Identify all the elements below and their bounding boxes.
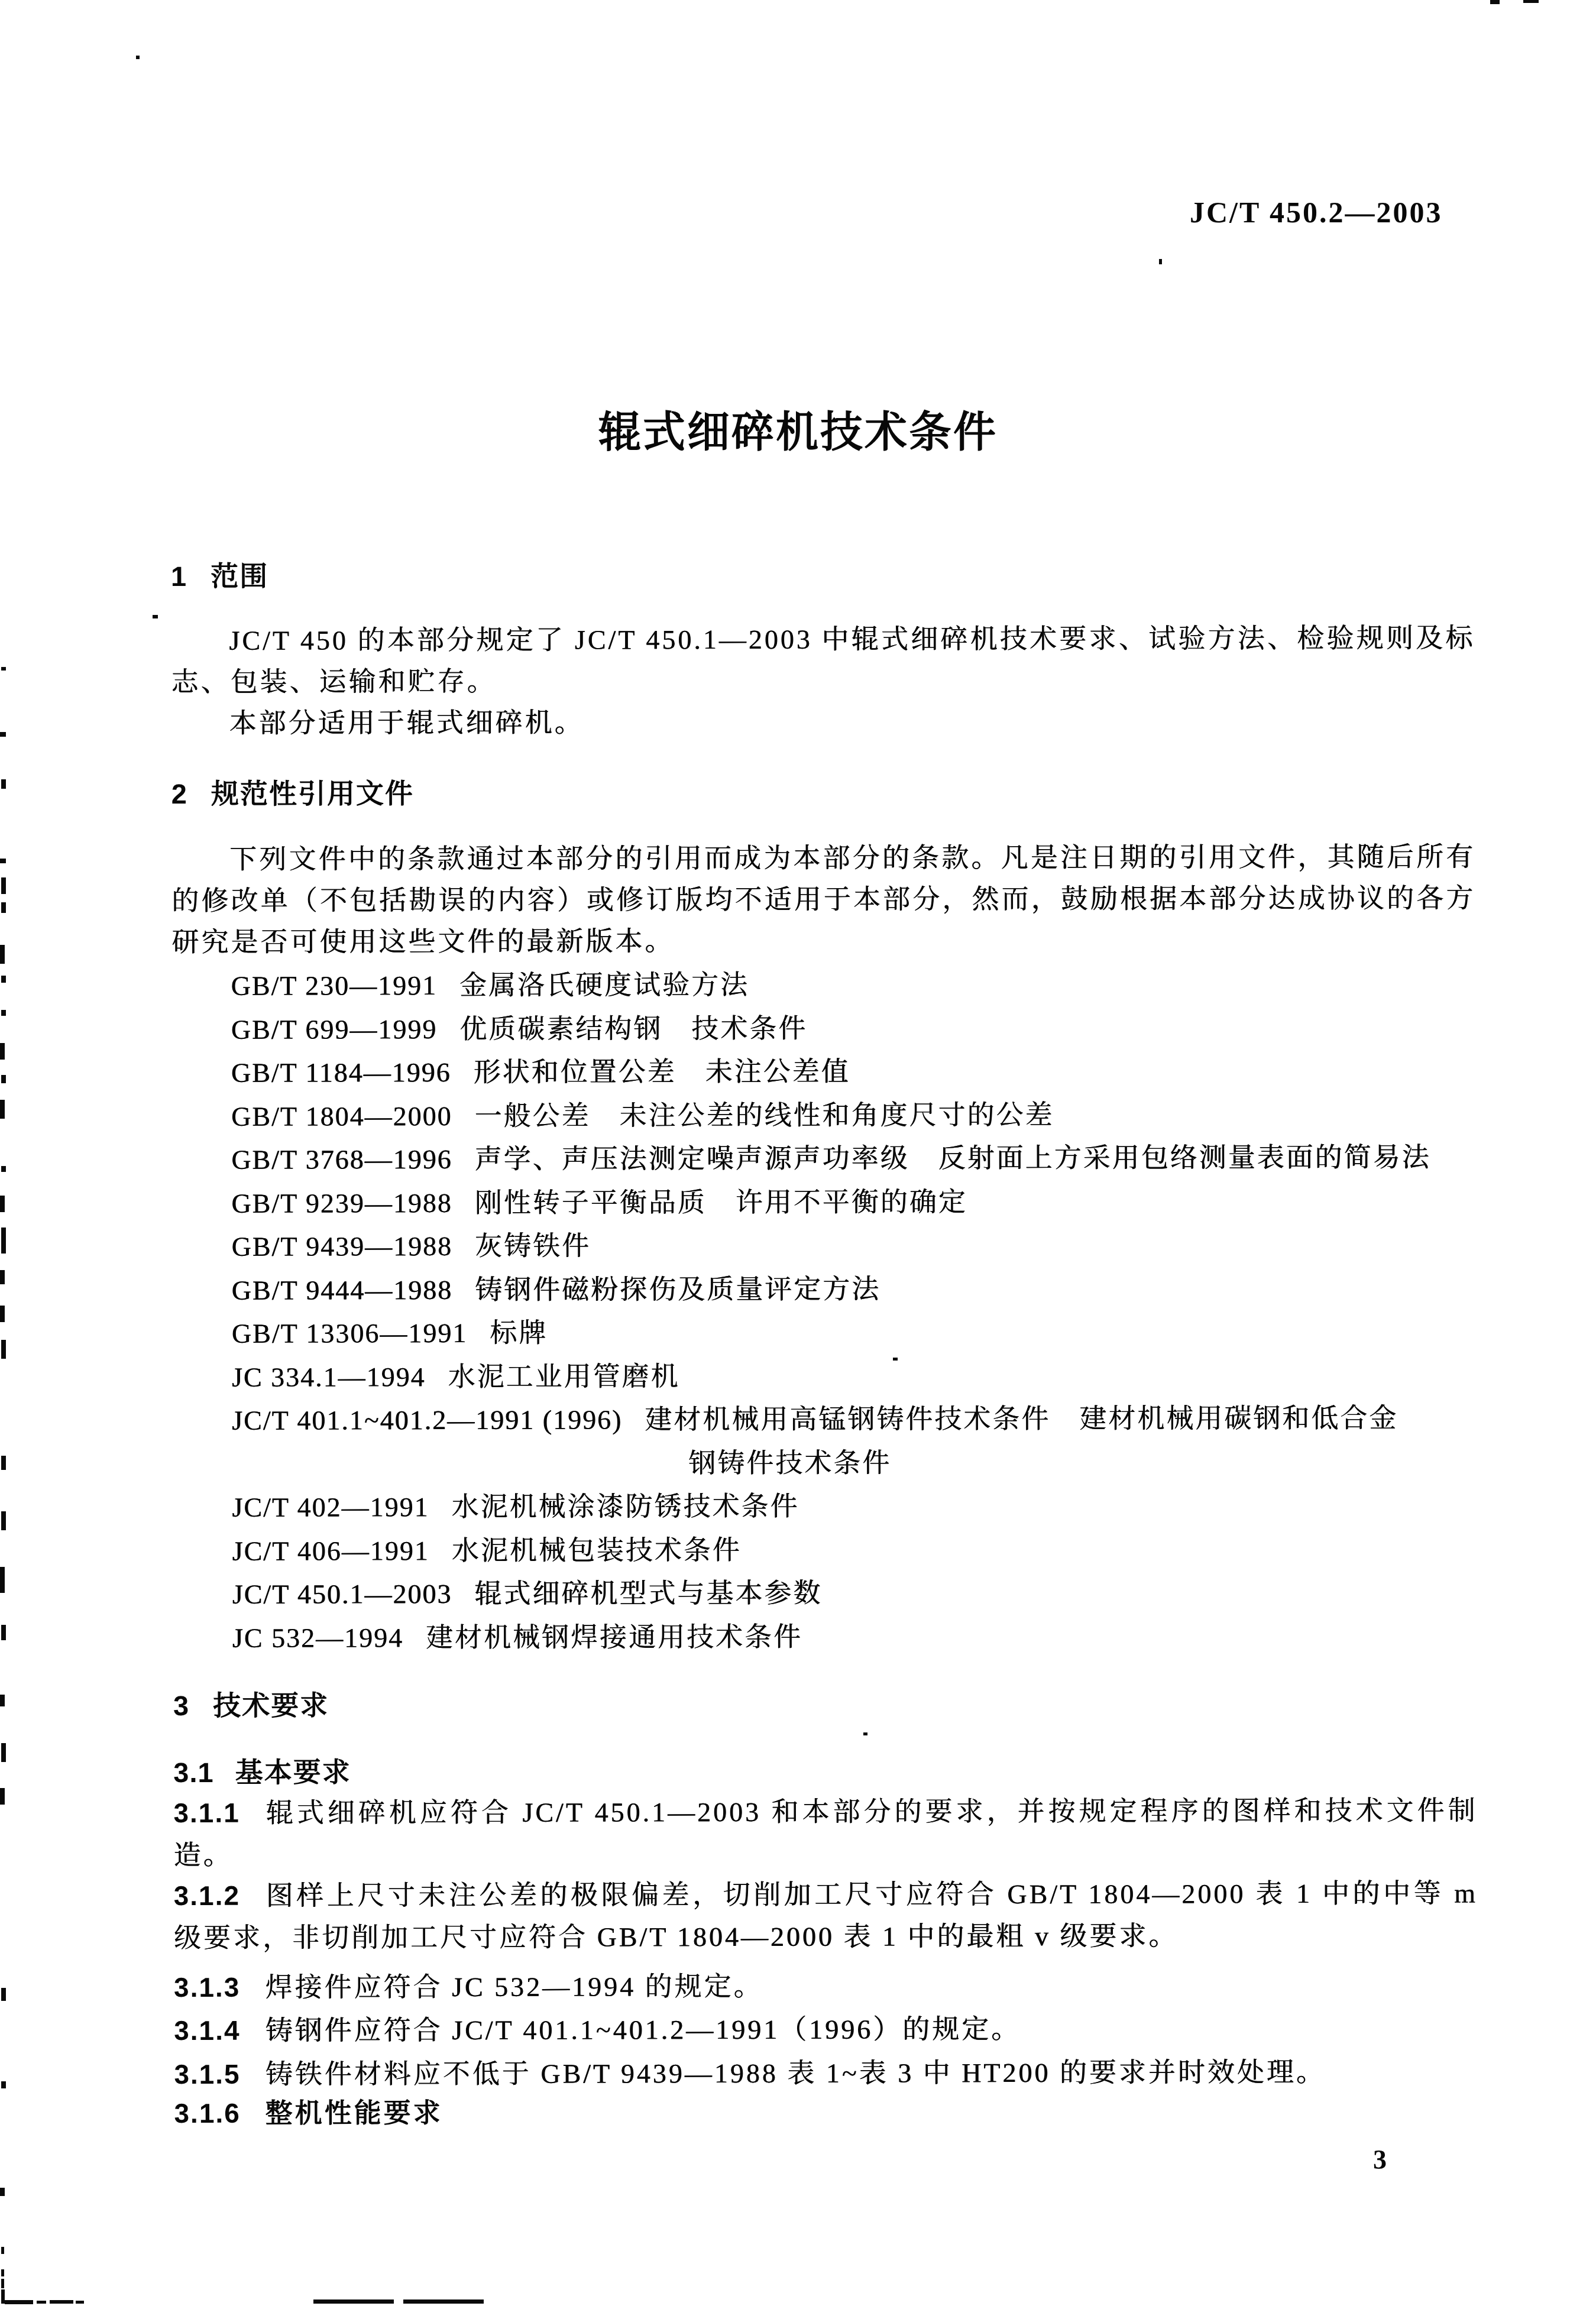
section-3-1-number: 3.1: [173, 1756, 213, 1789]
reference-title: 水泥机械包装技术条件: [452, 1534, 742, 1565]
reference-title: 优质碳素结构钢 技术条件: [459, 1013, 807, 1044]
reference-code: GB/T 1804—2000: [231, 1101, 452, 1132]
scan-artifact: [1523, 0, 1539, 3]
section-2-intro: 下列文件中的条款通过本部分的引用而成为本部分的条款。凡是注日期的引用文件，其随后…: [171, 836, 1475, 963]
reference-list: GB/T 230—1991金属洛氏硬度试验方法 GB/T 699—1999优质碳…: [171, 962, 1432, 1660]
reference-code: JC/T 401.1~401.2—1991 (1996): [232, 1404, 622, 1435]
reference-item: GB/T 9444—1988铸钢件磁粉探伤及质量评定方法: [231, 1266, 1431, 1312]
section-3-number: 3: [173, 1689, 189, 1722]
scan-artifact: [76, 2301, 84, 2304]
scan-artifact: [1, 779, 6, 789]
clause-3-1-5-text: 铸铁件材料应不低于 GB/T 9439—1988 表 1~表 3 中 HT200…: [266, 2057, 1326, 2090]
standard-code: JC/T 450.2—2003: [1190, 195, 1442, 229]
scan-artifact: [1, 1075, 6, 1083]
scan-artifact: [893, 1358, 898, 1361]
scan-artifact: [1159, 259, 1162, 264]
clause-3-1-2-text: 图样上尺寸未注公差的极限偏差，切削加工尺寸应符合 GB/T 1804—2000 …: [174, 1878, 1478, 1953]
reference-title: 水泥机械涂漆防锈技术条件: [451, 1491, 799, 1522]
scan-artifact: [1, 1166, 6, 1172]
scan-artifact: [5, 2300, 33, 2304]
clause-3-1-4-number: 3.1.4: [174, 2015, 240, 2046]
reference-item: GB/T 9239—1988刚性转子平衡品质 许用不平衡的确定: [231, 1179, 1431, 1225]
reference-title: 灰铸铁件: [475, 1231, 591, 1261]
section-2-title: 规范性引用文件: [211, 778, 414, 809]
clause-3-1-2: 3.1.2图样上尺寸未注公差的极限偏差，切削加工尺寸应符合 GB/T 1804—…: [174, 1872, 1478, 1959]
clause-3-1-3-number: 3.1.3: [174, 1972, 240, 2003]
scan-artifact: [1, 1743, 6, 1762]
scan-artifact: [1, 667, 6, 671]
document-page: JC/T 450.2—2003 辊式细碎机技术条件 1范围 JC/T 450 的…: [0, 0, 1596, 2306]
scan-artifact: [0, 1270, 5, 1284]
reference-title: 建材机械用高锰钢铸件技术条件 建材机械用碳钢和低合金: [645, 1403, 1398, 1435]
section-3-1-title: 基本要求: [235, 1756, 351, 1787]
scan-artifact: [1490, 0, 1500, 4]
clause-3-1-1-text: 辊式细碎机应符合 JC/T 450.1—2003 和本部分的要求，并按规定程序的…: [174, 1795, 1478, 1870]
reference-title: 金属洛氏硬度试验方法: [459, 970, 749, 1000]
reference-code: GB/T 699—1999: [231, 1014, 438, 1045]
scan-artifact: [1, 1010, 6, 1016]
scan-artifact: [0, 1788, 5, 1805]
scan-artifact: [1, 976, 6, 983]
clause-3-1-6-text: 整机性能要求: [266, 2097, 443, 2129]
scan-artifact: [1, 1988, 6, 2001]
section-1-heading: 1范围: [171, 555, 268, 594]
section-1-number: 1: [171, 560, 187, 592]
section-3-title: 技术要求: [213, 1689, 329, 1721]
section-2-heading: 2规范性引用文件: [171, 772, 414, 812]
scan-artifact: [1, 1340, 6, 1359]
section-2-number: 2: [171, 778, 187, 810]
reference-code: JC/T 450.1—2003: [232, 1579, 452, 1609]
reference-item: GB/T 9439—1988灰铸铁件: [231, 1223, 1431, 1269]
document-title: 辊式细碎机技术条件: [0, 397, 1596, 459]
reference-item: GB/T 13306—1991标牌: [232, 1310, 1432, 1356]
clause-3-1-5-number: 3.1.5: [174, 2059, 240, 2090]
reference-title: 声学、声压法测定噪声源声功率级 反射面上方采用包络测量表面的简易法: [475, 1142, 1431, 1174]
scan-artifact: [37, 2301, 46, 2304]
scan-artifact: [136, 56, 140, 59]
scan-artifact: [0, 2188, 5, 2196]
scan-artifact: [0, 859, 6, 863]
reference-item: GB/T 1184—1996形状和位置公差 未注公差值: [231, 1049, 1431, 1095]
reference-title-continuation: 钢铸件技术条件: [232, 1440, 1432, 1486]
reference-code: GB/T 230—1991: [231, 970, 437, 1001]
scan-artifact: [0, 1196, 5, 1212]
clause-3-1-6: 3.1.6整机性能要求: [174, 2090, 1478, 2135]
scan-artifact: [0, 945, 5, 964]
scan-artifact: [0, 1043, 5, 1060]
scan-artifact: [863, 1732, 867, 1735]
scan-artifact: [0, 1567, 5, 1593]
clause-3-1-3: 3.1.3焊接件应符合 JC 532—1994 的规定。: [174, 1964, 1478, 2009]
scan-artifact: [1, 902, 6, 913]
scan-artifact: [50, 2300, 73, 2304]
section-1-paragraph-2: 本部分适用于辊式细碎机。: [171, 700, 1475, 744]
scan-artifact: [1, 2081, 6, 2088]
reference-item: JC 532—1994建材机械钢焊接通用技术条件: [232, 1614, 1432, 1660]
reference-item: GB/T 699—1999优质碳素结构钢 技术条件: [231, 1005, 1431, 1051]
clause-3-1-3-text: 焊接件应符合 JC 532—1994 的规定。: [265, 1971, 763, 2003]
reference-code: JC 532—1994: [232, 1622, 403, 1653]
clause-3-1-1-number: 3.1.1: [173, 1797, 239, 1828]
reference-title: 一般公差 未注公差的线性和角度尺寸的公差: [474, 1099, 1054, 1131]
section-1-paragraph-1: JC/T 450 的本部分规定了 JC/T 450.1—2003 中辊式细碎机技…: [171, 617, 1475, 703]
reference-code: GB/T 3768—1996: [231, 1144, 452, 1175]
scan-artifact: [1, 2247, 4, 2254]
scan-artifact: [153, 615, 158, 618]
reference-title: 建材机械钢焊接通用技术条件: [426, 1621, 802, 1652]
scan-artifact: [0, 1100, 5, 1119]
clause-3-1-2-number: 3.1.2: [174, 1880, 240, 1911]
reference-item: GB/T 1804—2000一般公差 未注公差的线性和角度尺寸的公差: [231, 1092, 1431, 1138]
scan-artifact: [1, 1228, 6, 1254]
scan-artifact: [0, 1306, 5, 1322]
reference-code: GB/T 1184—1996: [231, 1057, 451, 1088]
scan-artifact: [0, 1695, 5, 1706]
scan-artifact: [1, 2279, 4, 2288]
reference-code: GB/T 9239—1988: [231, 1188, 452, 1219]
section-1-title: 范围: [211, 561, 268, 592]
reference-title: 标牌: [490, 1318, 548, 1348]
section-3-heading: 3技术要求: [173, 1683, 329, 1724]
reference-item: JC/T 406—1991水泥机械包装技术条件: [232, 1527, 1432, 1573]
reference-code: GB/T 13306—1991: [232, 1318, 468, 1349]
reference-item: JC 334.1—1994水泥工业用管磨机: [232, 1353, 1432, 1399]
reference-code: JC/T 406—1991: [232, 1536, 429, 1566]
scan-artifact: [313, 2299, 394, 2304]
clause-3-1-1: 3.1.1辊式细碎机应符合 JC/T 450.1—2003 和本部分的要求，并按…: [173, 1789, 1477, 1876]
page-number: 3: [1373, 2144, 1387, 2175]
scan-artifact: [1, 877, 6, 894]
clause-3-1-5: 3.1.5铸铁件材料应不低于 GB/T 9439—1988 表 1~表 3 中 …: [174, 2051, 1478, 2096]
section-3-1-heading: 3.1基本要求: [173, 1750, 351, 1790]
reference-code: JC/T 402—1991: [232, 1492, 429, 1523]
reference-title: 刚性转子平衡品质 许用不平衡的确定: [475, 1187, 967, 1218]
reference-item: JC/T 450.1—2003辊式细碎机型式与基本参数: [232, 1570, 1432, 1617]
scan-artifact: [0, 732, 6, 737]
reference-title: 辊式细碎机型式与基本参数: [474, 1578, 822, 1609]
scan-artifact: [403, 2299, 484, 2304]
scan-artifact: [1, 2269, 4, 2276]
reference-code: GB/T 9439—1988: [231, 1231, 452, 1262]
reference-item: GB/T 230—1991金属洛氏硬度试验方法: [231, 962, 1430, 1008]
reference-item: JC/T 401.1~401.2—1991 (1996)建材机械用高锰钢铸件技术…: [232, 1397, 1432, 1443]
scan-artifact: [1, 1511, 6, 1530]
reference-item: GB/T 3768—1996声学、声压法测定噪声源声功率级 反射面上方采用包络测…: [231, 1136, 1431, 1182]
reference-code: GB/T 9444—1988: [232, 1275, 453, 1306]
reference-item: JC/T 402—1991水泥机械涂漆防锈技术条件: [232, 1484, 1432, 1530]
scan-artifact: [1, 1456, 6, 1470]
reference-title: 水泥工业用管磨机: [448, 1361, 679, 1392]
reference-title: 铸钢件磁粉探伤及质量评定方法: [475, 1274, 880, 1304]
clause-3-1-4: 3.1.4铸钢件应符合 JC/T 401.1~401.2—1991（1996）的…: [174, 2007, 1478, 2052]
reference-code: JC 334.1—1994: [232, 1362, 426, 1392]
clause-3-1-4-text: 铸钢件应符合 JC/T 401.1~401.2—1991（1996）的规定。: [265, 2014, 1021, 2046]
clause-3-1-6-number: 3.1.6: [174, 2098, 240, 2129]
scan-artifact: [1, 1625, 6, 1640]
reference-title: 形状和位置公差 未注公差值: [473, 1057, 850, 1087]
